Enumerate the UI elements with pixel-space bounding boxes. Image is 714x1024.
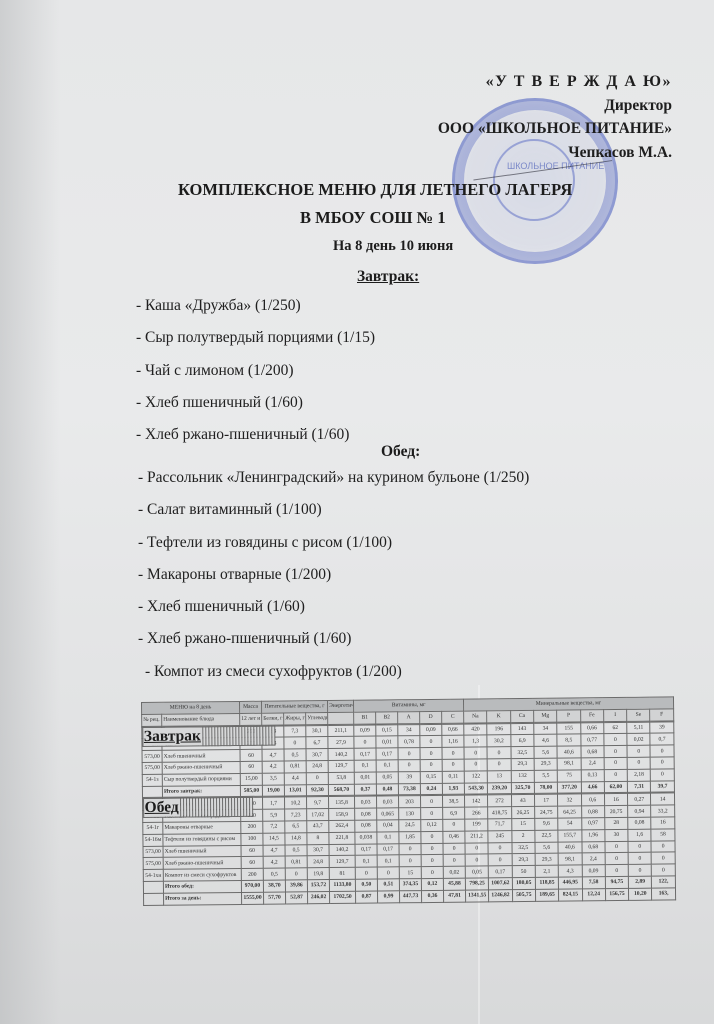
value-cell: 0: [605, 853, 628, 865]
value-cell: 4,2: [263, 856, 285, 868]
header-d: D: [420, 711, 442, 723]
value-cell: 200: [241, 821, 263, 833]
value-cell: 262,4: [329, 820, 355, 832]
value-cell: 0: [651, 769, 674, 781]
total-value: 7,58: [582, 877, 605, 889]
value-cell: 0,15: [376, 724, 398, 736]
total-value: 19,00: [262, 785, 284, 797]
menu-item: - Чай с лимоном (1/200): [136, 355, 375, 387]
value-cell: 0,68: [581, 746, 604, 758]
value-cell: 39: [398, 771, 420, 783]
page-shadow: [0, 0, 60, 1024]
value-cell: 3,5: [262, 773, 284, 785]
value-cell: 14: [651, 793, 674, 805]
value-cell: 98,1: [557, 758, 580, 770]
value-cell: 1,85: [399, 831, 421, 843]
value-cell: 0: [442, 747, 464, 759]
value-cell: 54: [558, 818, 581, 830]
value-cell: 420: [464, 723, 487, 735]
value-cell: 30: [605, 829, 628, 841]
value-cell: 0: [443, 854, 465, 866]
value-cell: 15,00: [240, 773, 262, 785]
value-cell: 4,7: [263, 845, 285, 857]
value-cell: 30,7: [307, 844, 329, 856]
value-cell: 0: [420, 748, 442, 760]
value-cell: 0,05: [376, 772, 398, 784]
value-cell: 0: [421, 808, 443, 820]
day-total-value: 1341,55: [466, 890, 489, 902]
value-cell: 0: [421, 843, 443, 855]
value-cell: 142: [465, 795, 488, 807]
empty-cell: [249, 798, 252, 817]
value-cell: 4,3: [558, 865, 581, 877]
value-cell: 13: [488, 770, 511, 782]
value-cell: 7,23: [285, 809, 307, 821]
value-cell: 0,68: [582, 841, 605, 853]
value-cell: 140,2: [329, 844, 355, 856]
recipe-number: 575,00: [143, 858, 163, 870]
nutrition-table-wrapper: МЕНЮ на 8 деньМассаПитательные вещества,…: [141, 696, 714, 906]
menu-date: На 8 день 10 июня: [333, 238, 533, 255]
menu-item: - Тефтели из говядины с рисом (1/100): [138, 527, 529, 559]
value-cell: 0: [284, 737, 306, 749]
day-total-value: 1702,50: [330, 891, 356, 903]
dish-name: Хлеб пшеничный: [163, 845, 241, 858]
value-cell: 0,46: [443, 831, 465, 843]
day-total-value: 505,75: [512, 889, 535, 901]
value-cell: 0: [420, 736, 442, 748]
value-cell: 34: [534, 723, 557, 735]
recipe-number: 54-16м: [143, 834, 163, 846]
value-cell: 29,3: [534, 758, 557, 770]
dish-name: Макароны отварные: [163, 821, 241, 834]
value-cell: 0: [421, 831, 443, 843]
header-b1: B1: [354, 712, 376, 724]
day-total-value: 0,99: [378, 891, 400, 903]
value-cell: 0,04: [377, 820, 399, 832]
value-cell: 2: [511, 830, 534, 842]
header-i: I: [603, 709, 626, 721]
value-cell: 199: [465, 819, 488, 831]
value-cell: 4,4: [284, 773, 306, 785]
header-c: C: [442, 711, 464, 723]
total-value: 153,72: [307, 879, 329, 891]
value-cell: 0,81: [285, 856, 307, 868]
value-cell: 0: [354, 736, 376, 748]
menu-item: - Компот из смеси сухофруктов (1/200): [138, 656, 529, 688]
total-value: 239,20: [488, 782, 511, 794]
value-cell: 0: [628, 864, 651, 876]
value-cell: 0: [285, 868, 307, 880]
day-total-value: 12,24: [582, 888, 605, 900]
menu-item: - Салат витаминный (1/100): [138, 494, 529, 526]
value-cell: 0: [488, 854, 511, 866]
value-cell: 0,97: [581, 818, 604, 830]
value-cell: 8,5: [557, 734, 580, 746]
value-cell: 135,8: [329, 797, 355, 809]
total-value: 13,01: [284, 784, 306, 796]
header-a: A: [398, 711, 420, 723]
recipe-number: 54-1г: [143, 822, 163, 834]
value-cell: 20,75: [604, 806, 627, 818]
header-mg: Mg: [534, 710, 557, 722]
value-cell: 0: [605, 841, 628, 853]
value-cell: 0,5: [284, 749, 306, 761]
value-cell: 2,4: [582, 853, 605, 865]
header-na: Na: [464, 711, 487, 723]
value-cell: 0,88: [581, 806, 604, 818]
value-cell: 40,6: [557, 746, 580, 758]
menu-item: - Хлеб пшеничный (1/60): [138, 591, 529, 623]
value-cell: 0,5: [285, 844, 307, 856]
value-cell: 0: [306, 772, 328, 784]
recipe-number: 575,00: [142, 762, 162, 774]
value-cell: 1,16: [442, 736, 464, 748]
empty-cell: [271, 726, 274, 745]
value-cell: 33,2: [651, 805, 674, 817]
value-cell: 24,8: [307, 856, 329, 868]
value-cell: 0,5: [263, 868, 285, 880]
header-kcal: [328, 712, 354, 724]
value-cell: 0,09: [354, 725, 376, 737]
value-cell: 418,75: [488, 807, 511, 819]
school-name: В МБОУ СОШ № 1: [300, 208, 500, 228]
total-value: 4,66: [581, 781, 604, 793]
value-cell: 0,17: [376, 748, 398, 760]
value-cell: 26,25: [511, 807, 534, 819]
day-total-value: 1246,82: [489, 889, 512, 901]
value-cell: 6,9: [510, 735, 533, 747]
value-cell: 71,7: [488, 819, 511, 831]
value-cell: 24,8: [306, 761, 328, 773]
value-cell: 43,7: [307, 821, 329, 833]
value-cell: 4,6: [534, 735, 557, 747]
lunch-heading: Обед:: [381, 443, 420, 461]
value-cell: 0: [604, 734, 627, 746]
value-cell: 0,1: [377, 855, 399, 867]
table-caption: МЕНЮ на 8 день: [142, 701, 240, 714]
value-cell: 0,13: [581, 769, 604, 781]
table-section-row: Завтрак: [142, 725, 275, 746]
value-cell: 17: [534, 795, 557, 807]
total-value: 0,37: [354, 784, 376, 796]
value-cell: 203: [399, 796, 421, 808]
value-cell: 32,5: [512, 842, 535, 854]
value-cell: 0: [651, 840, 674, 852]
value-cell: 0: [442, 759, 464, 771]
header-k: K: [487, 710, 510, 722]
value-cell: 16: [651, 817, 674, 829]
value-cell: 0: [627, 745, 650, 757]
value-cell: 0,15: [420, 771, 442, 783]
value-cell: 0,05: [465, 866, 488, 878]
value-cell: 0,03: [355, 796, 377, 808]
value-cell: 0,01: [354, 772, 376, 784]
value-cell: 0: [421, 796, 443, 808]
value-cell: 4,2: [262, 761, 284, 773]
value-cell: 38,5: [443, 795, 465, 807]
header-fat: Жиры, г: [284, 713, 306, 725]
value-cell: 221,8: [329, 832, 355, 844]
total-value: 568,70: [328, 784, 354, 796]
value-cell: 5,9: [263, 809, 285, 821]
value-cell: 130: [399, 808, 421, 820]
value-cell: 53,8: [328, 772, 354, 784]
total-value: 39,86: [285, 880, 307, 892]
day-total-value: 189,65: [535, 889, 558, 901]
menu-item: - Макароны отварные (1/200): [138, 559, 529, 591]
header-p: P: [557, 710, 580, 722]
section-label: Обед: [143, 798, 180, 817]
value-cell: 10,2: [285, 797, 307, 809]
value-cell: 0,09: [582, 865, 605, 877]
total-value: 446,95: [559, 877, 582, 889]
value-cell: 272: [488, 795, 511, 807]
dish-name: Хлеб ржано-пшеничный: [162, 761, 240, 774]
value-cell: 0: [652, 852, 675, 864]
value-cell: 266: [465, 807, 488, 819]
value-cell: 2,4: [581, 758, 604, 770]
value-cell: 0: [652, 864, 675, 876]
value-cell: 43: [511, 795, 534, 807]
day-total-value: 246,02: [307, 891, 329, 903]
value-cell: 75: [557, 770, 580, 782]
value-cell: 0: [398, 760, 420, 772]
day-total-value: 52,87: [285, 892, 307, 904]
value-cell: 0,77: [580, 734, 603, 746]
value-cell: 29,3: [512, 854, 535, 866]
value-cell: 9,7: [307, 797, 329, 809]
value-cell: 29,3: [511, 758, 534, 770]
value-cell: 39: [650, 722, 673, 734]
total-label: Итого завтрак:: [162, 785, 240, 798]
value-cell: 196: [487, 723, 510, 735]
menu-item: - Хлеб ржано-пшеничный (1/60): [136, 419, 375, 451]
value-cell: 0,08: [355, 808, 377, 820]
value-cell: 0: [627, 757, 650, 769]
menu-item: - Каша «Дружба» (1/250): [136, 290, 375, 322]
value-cell: 155: [557, 722, 580, 734]
value-cell: 0,01: [376, 736, 398, 748]
value-cell: 155,7: [558, 830, 581, 842]
value-cell: 5,6: [534, 746, 557, 758]
value-cell: 0,1: [376, 760, 398, 772]
value-cell: 32: [558, 794, 581, 806]
total-value: 1133,80: [329, 879, 355, 891]
lunch-list: - Рассольник «Ленинградский» на курином …: [138, 462, 529, 688]
value-cell: 81: [329, 867, 355, 879]
total-value: 92,30: [306, 784, 328, 796]
dish-name: Компот из смеси сухофруктов: [163, 869, 241, 882]
table-section-row: Обед: [143, 797, 253, 818]
value-cell: 0: [605, 865, 628, 877]
value-cell: 0: [420, 759, 442, 771]
header-f: F: [650, 709, 673, 721]
total-value: 0,12: [421, 878, 443, 890]
approval-signer: Чепкасов М.А.: [438, 141, 672, 165]
total-value: 180,05: [512, 877, 535, 889]
day-total-value: 1555,00: [241, 892, 263, 904]
recipe-number: 573,00: [143, 846, 163, 858]
dish-name: Хлеб ржано-пшеничный: [163, 857, 241, 870]
empty-cell: [144, 893, 164, 905]
total-value: 585,00: [240, 785, 262, 797]
value-cell: 34: [398, 724, 420, 736]
value-cell: 0: [399, 855, 421, 867]
value-cell: 0: [398, 748, 420, 760]
value-cell: 64,25: [558, 806, 581, 818]
value-cell: 30,1: [306, 725, 328, 737]
value-cell: 16: [604, 794, 627, 806]
value-cell: 7,2: [263, 821, 285, 833]
recipe-number: 573,00: [142, 750, 162, 762]
value-cell: 2,1: [535, 865, 558, 877]
header-b2: B2: [376, 712, 398, 724]
day-total-value: 824,15: [559, 889, 582, 901]
recipe-number: 54-1з: [142, 774, 162, 786]
empty-cell: [142, 786, 162, 798]
value-cell: 0: [628, 853, 651, 865]
total-value: 0,24: [420, 783, 442, 795]
total-value: 94,75: [605, 876, 628, 888]
value-cell: 0,08: [628, 817, 651, 829]
value-cell: 60: [240, 761, 262, 773]
approval-title: «У Т В Е Р Ж Д А Ю»: [438, 70, 672, 94]
value-cell: 0: [377, 867, 399, 879]
total-value: 73,38: [398, 783, 420, 795]
value-cell: 0,12: [421, 819, 443, 831]
value-cell: 0,17: [354, 748, 376, 760]
value-cell: 0: [488, 842, 511, 854]
value-cell: 15: [511, 818, 534, 830]
header-protein: Белки, г: [262, 713, 284, 725]
value-cell: 22,5: [535, 830, 558, 842]
value-cell: 50: [512, 866, 535, 878]
value-cell: 1,6: [628, 829, 651, 841]
value-cell: 6,9: [443, 807, 465, 819]
value-cell: 158,9: [329, 808, 355, 820]
value-cell: 0: [604, 757, 627, 769]
value-cell: 0,27: [628, 794, 651, 806]
header-mass: Масса: [239, 701, 261, 713]
value-cell: 0,02: [443, 866, 465, 878]
value-cell: 28: [605, 817, 628, 829]
total-value: 122,: [652, 876, 675, 888]
value-cell: 0,81: [284, 761, 306, 773]
value-cell: 0,02: [627, 734, 650, 746]
value-cell: 140,2: [328, 748, 354, 760]
total-value: 0,48: [376, 783, 398, 795]
total-value: 62,00: [604, 781, 627, 793]
value-cell: 0: [355, 867, 377, 879]
menu-item: - Хлеб ржано-пшеничный (1/60): [138, 623, 529, 655]
total-value: 1007,62: [489, 878, 512, 890]
value-cell: 60: [241, 857, 263, 869]
total-value: 39,7: [651, 780, 674, 792]
value-cell: 40,6: [558, 841, 581, 853]
value-cell: 5,5: [534, 770, 557, 782]
value-cell: 143: [510, 723, 533, 735]
document-page: ШКОЛЬНОЕ ПИТАНИЕ «У Т В Е Р Ж Д А Ю» Дир…: [0, 0, 714, 1024]
total-value: 0,50: [355, 879, 377, 891]
value-cell: 0,08: [355, 820, 377, 832]
value-cell: 129,7: [328, 760, 354, 772]
value-cell: 27,9: [328, 737, 354, 749]
value-cell: 29,3: [535, 853, 558, 865]
total-label: Итого обед:: [163, 880, 241, 893]
header-se: Se: [627, 709, 650, 721]
value-cell: 245: [488, 830, 511, 842]
value-cell: 122: [464, 771, 487, 783]
value-cell: 0: [464, 747, 487, 759]
total-value: 543,30: [464, 782, 487, 794]
value-cell: 19,8: [307, 868, 329, 880]
total-value: 374,35: [399, 879, 421, 891]
value-cell: 0: [443, 843, 465, 855]
header-nutrients: Питательные вещества, г: [261, 701, 327, 713]
day-total-value: 156,75: [605, 888, 628, 900]
day-total-value: 57,70: [263, 892, 285, 904]
value-cell: 0,17: [377, 843, 399, 855]
value-cell: 24,75: [535, 806, 558, 818]
value-cell: 0: [651, 757, 674, 769]
value-cell: 0,1: [354, 760, 376, 772]
value-cell: 0: [443, 819, 465, 831]
value-cell: 15: [399, 867, 421, 879]
header-carbs: Углеводы, г: [306, 712, 328, 724]
value-cell: 200: [241, 868, 263, 880]
value-cell: 211,1: [328, 725, 354, 737]
value-cell: 0,6: [581, 794, 604, 806]
total-value: 45,88: [443, 878, 465, 890]
total-value: 970,00: [241, 880, 263, 892]
value-cell: 0,1: [355, 855, 377, 867]
total-value: 2,89: [628, 876, 651, 888]
value-cell: 0: [399, 843, 421, 855]
value-cell: 6,5: [285, 821, 307, 833]
value-cell: 7,3: [284, 725, 306, 737]
value-cell: 0: [464, 759, 487, 771]
value-cell: 1,3: [464, 735, 487, 747]
value-cell: 2,18: [627, 769, 650, 781]
menu-item: - Хлеб пшеничный (1/60): [136, 387, 375, 419]
value-cell: 132: [511, 770, 534, 782]
value-cell: 100: [241, 833, 263, 845]
value-cell: 0: [465, 842, 488, 854]
value-cell: 0,17: [489, 866, 512, 878]
value-cell: 5,11: [627, 722, 650, 734]
value-cell: 0,038: [355, 832, 377, 844]
nutrition-table: МЕНЮ на 8 деньМассаПитательные вещества,…: [141, 695, 714, 905]
value-cell: 0,66: [580, 722, 603, 734]
total-value: 1,93: [442, 783, 464, 795]
day-total-label: Итого за день:: [164, 892, 242, 905]
value-cell: 0,66: [442, 724, 464, 736]
value-cell: 17,02: [307, 809, 329, 821]
value-cell: 0,17: [355, 844, 377, 856]
value-cell: 1,96: [581, 829, 604, 841]
value-cell: 14,8: [285, 833, 307, 845]
value-cell: 0: [604, 769, 627, 781]
value-cell: 0,09: [420, 724, 442, 736]
total-value: 78,00: [534, 782, 557, 794]
value-cell: 98,1: [558, 853, 581, 865]
value-cell: 5,6: [535, 842, 558, 854]
value-cell: 9,6: [535, 818, 558, 830]
header-dish-name: Наименование блюда: [162, 713, 240, 726]
value-cell: 30,7: [306, 749, 328, 761]
empty-cell: [143, 881, 163, 893]
